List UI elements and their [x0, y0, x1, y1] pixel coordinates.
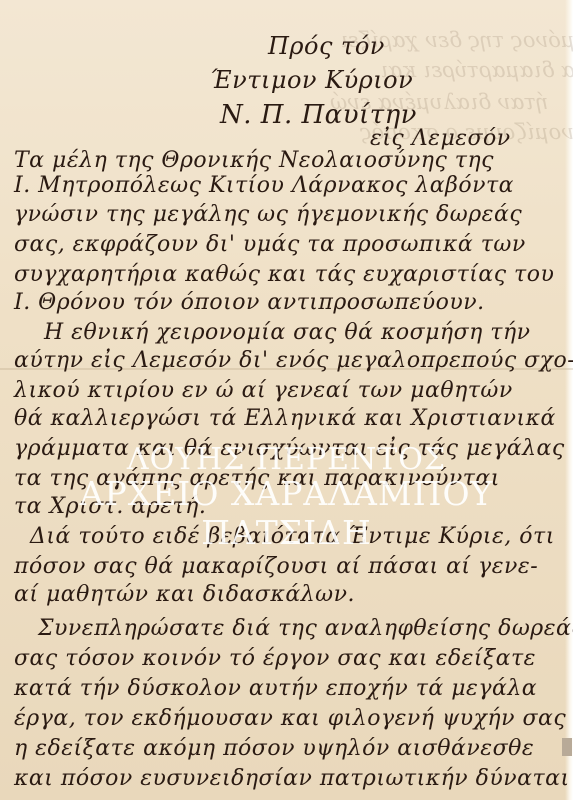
body-line: γνώσιν της μεγάλης ως ήγεμονικής δωρεάς: [14, 202, 522, 227]
body-line: κατά τήν δύσκολον αυτήν εποχήν τά μεγάλα: [14, 676, 537, 701]
body-line: και πόσον ευσυνειδησίαν πατριωτικήν δύνα…: [14, 766, 570, 791]
body-line: λικού κτιρίου εν ώ αί γενεαί των μαθητών: [14, 378, 513, 403]
letter-page: τα όχι ο μόνος της δεν χαρίζει και να δι…: [0, 0, 573, 800]
body-line: η εδείξατε ακόμη πόσον υψηλόν αισθάνεσθε: [14, 736, 534, 761]
body-line: Συνεπληρώσατε διά της αναληφθείσης δωρεά…: [38, 616, 573, 641]
body-line: αύτην εἰς Λεμεσόν δι' ενός μεγαλοπρεπούς…: [14, 348, 573, 373]
salutation-line-1: Πρός τόν: [268, 32, 385, 60]
paper-tear-mark: [562, 738, 572, 756]
body-line: συγχαρητήρια καθώς και τάς ευχαριστίας τ…: [14, 262, 554, 287]
body-line: πόσον σας θά μακαρίζουσι αί πάσαι αί γεν…: [14, 554, 538, 579]
body-line: Η εθνική χειρονομία σας θά κοσμήση τήν: [44, 320, 531, 345]
body-line: έργα, τον εκδήμουσαν και φιλογενή ψυχήν …: [14, 706, 566, 731]
body-line: σας τόσον κοινόν τό έργον σας και εδείξα…: [14, 646, 536, 671]
body-line: θά καλλιεργώσι τά Ελληνικά και Χριστιανι…: [14, 406, 556, 431]
watermark-line-1: ΛΟΥΗΣ ΠΕΡΕΝΤΟΣ: [0, 442, 573, 477]
body-line: Ι. Μητροπόλεως Κιτίου Λάρνακος λαβόντα: [14, 173, 514, 198]
body-line: Ι. Θρόνου τόν όποιον αντιπροσωπεύουν.: [14, 290, 485, 315]
watermark-line-2: ΑΡΧΕΙΟ ΧΑΡΑΛΑΜΠΟΥ ΠΑΤΣΙΔΗ: [0, 474, 573, 552]
body-line: Τα μέλη της Θρονικής Νεολαιοσύνης της: [14, 148, 494, 173]
body-line: αί μαθητών και διδασκάλων.: [14, 582, 355, 607]
body-line: σας, εκφράζουν δι' υμάς τα προσωπικά των: [14, 232, 526, 257]
salutation-line-2: Έντιμον Κύριον: [210, 66, 413, 94]
